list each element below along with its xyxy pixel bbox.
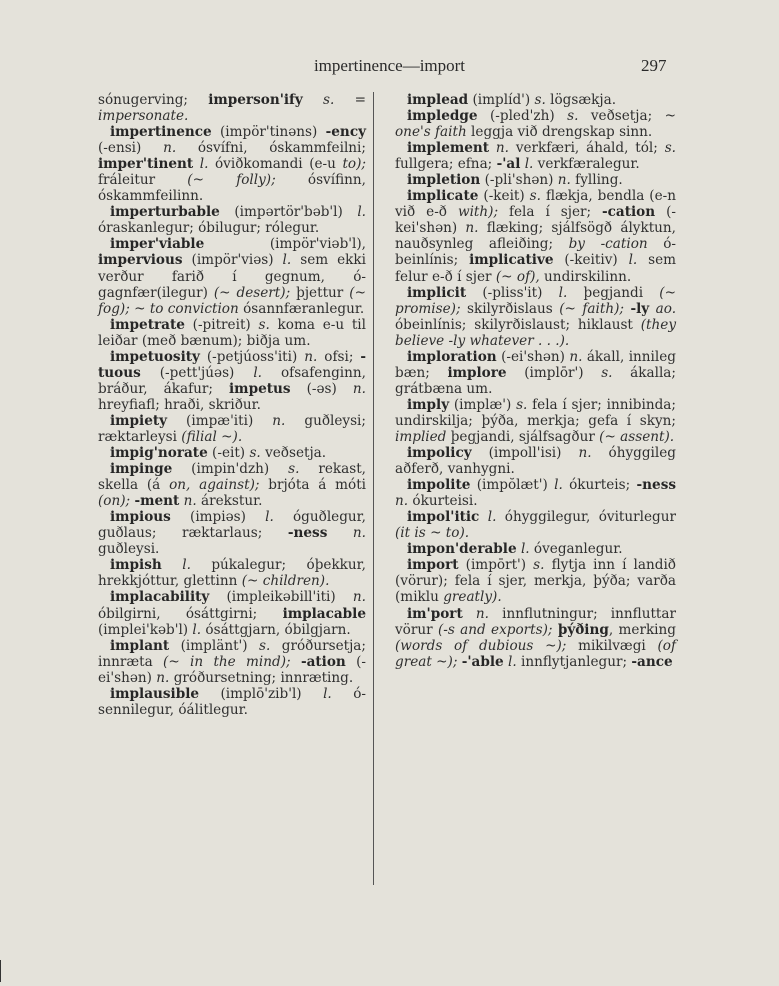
- italic-text: l.: [554, 477, 563, 493]
- italic-text: (~ faith);: [559, 301, 624, 317]
- definition-text: (impoll'isi): [472, 445, 579, 461]
- dictionary-entry: impetuosity (-petjúoss'iti) n. ofsi; -tu…: [98, 349, 366, 413]
- dictionary-entry: impletion (-pli'shən) n. fyll­ing.: [395, 172, 676, 188]
- headword: implicate: [407, 188, 478, 204]
- italic-text: l.: [283, 252, 292, 268]
- right-column: implead (implíd') s. lögsækja.impledge (…: [395, 92, 676, 670]
- italic-text: (it is ~ to).: [395, 525, 469, 541]
- definition-text: (-pett'júəs): [141, 365, 254, 381]
- headword: implausible: [110, 686, 199, 702]
- italic-text: (filial ~).: [181, 429, 242, 445]
- definition-text: (-pled'zh): [478, 108, 568, 124]
- italic-text: s.: [533, 557, 544, 573]
- definition-text: fullgera; efna;: [395, 156, 497, 172]
- definition-text: , merking: [609, 622, 676, 638]
- definition-text: verk­færalegur.: [533, 156, 639, 172]
- dictionary-entry: implicate (-keit) s. flækja, bendla (e-n…: [395, 188, 676, 284]
- dictionary-entry: impiety (impæ'iti) n. guð­leysi; ræktarl…: [98, 413, 366, 445]
- headword: -ance: [631, 654, 672, 670]
- column-divider: [373, 92, 374, 885]
- italic-text: (-s and exports);: [438, 622, 553, 638]
- definition-text: (impæ'iti): [167, 413, 272, 429]
- definition-text: [463, 606, 476, 622]
- definition-text: skilyrðislaus: [461, 301, 560, 317]
- italic-text: n.: [496, 140, 509, 156]
- definition-text: óbilgirni, ósáttgirni;: [98, 606, 283, 622]
- definition-text: (-pitreit): [185, 317, 259, 333]
- italic-text: l.: [253, 365, 262, 381]
- definition-text: [193, 156, 200, 172]
- definition-text: [479, 509, 487, 525]
- definition-text: þjettur: [290, 285, 349, 301]
- headword: import: [407, 557, 459, 573]
- definition-text: (implō'zib'l): [199, 686, 323, 702]
- italic-text: n.: [353, 525, 366, 541]
- headword: imperturbable: [110, 204, 220, 220]
- italic-text: to);: [342, 156, 366, 172]
- dictionary-entry: impious (impiəs) l. óguðlegur, guðlaus; …: [98, 509, 366, 557]
- italic-text: n.: [353, 589, 366, 605]
- definition-text: gróðursetn­ing; innræting.: [169, 670, 353, 686]
- definition-text: ósáttgjarn, óbilgjarn.: [201, 622, 351, 638]
- italic-text: (on);: [98, 493, 130, 509]
- headword: implacability: [110, 589, 209, 605]
- definition-text: (-pli'shən): [480, 172, 558, 188]
- dictionary-entry: impinge (impin'dzh) s. rekast, skella (á…: [98, 461, 366, 509]
- definition-text: (impiəs): [171, 509, 265, 525]
- definition-text: (impōrt'): [459, 557, 534, 573]
- definition-text: óbeinlínis; skil­yrðislaust; hiklaust: [395, 317, 641, 333]
- headword: implac­able: [283, 606, 366, 622]
- definition-text: leggja við drengskap sinn.: [467, 124, 653, 140]
- italic-text: on, against);: [169, 477, 259, 493]
- headword: -'able: [462, 654, 504, 670]
- headword: impledge: [407, 108, 478, 124]
- definition-text: (-petjúoss'iti): [200, 349, 304, 365]
- definition-text: mikilvægi: [566, 638, 657, 654]
- dictionary-entry: implausible (implō'zib'l) l. ó­sennilegu…: [98, 686, 366, 718]
- definition-text: [303, 92, 323, 108]
- italic-text: s.: [535, 92, 546, 108]
- definition-text: innflytjanlegur;: [517, 654, 632, 670]
- dictionary-entry: impertinence (impör'tinəns) -ency (-ensi…: [98, 124, 366, 204]
- headword: impig'norate: [110, 445, 208, 461]
- left-column: sónugerving; imperson'ify s. = impersona…: [98, 92, 366, 718]
- italic-text: greatly).: [443, 589, 501, 605]
- headword: impetus: [229, 381, 291, 397]
- italic-text: l.: [192, 622, 201, 638]
- definition-text: sónugerving;: [98, 92, 208, 108]
- italic-text: with);: [458, 204, 498, 220]
- italic-text: (words of dubi­ous ~);: [395, 638, 566, 654]
- headword: -ness: [288, 525, 327, 541]
- italic-text: implied: [395, 429, 446, 445]
- headword: impolite: [407, 477, 470, 493]
- definition-text: veð­setja;: [578, 108, 664, 124]
- italic-text: s.: [258, 317, 269, 333]
- headword: impish: [110, 557, 162, 573]
- definition-text: (implei'kəb'l): [98, 622, 192, 638]
- headword: impetrate: [110, 317, 185, 333]
- italic-text: by -cation: [569, 236, 648, 252]
- definition-text: fela í sjer;: [498, 204, 602, 220]
- definition-text: (impŏlæt'): [470, 477, 554, 493]
- headword: -ation: [301, 654, 346, 670]
- dictionary-entry: impig'norate (-eit) s. veðsetja.: [98, 445, 366, 461]
- definition-text: [327, 525, 353, 541]
- italic-text: s.: [601, 365, 612, 381]
- headword: implead: [407, 92, 468, 108]
- headword: imper'tinent: [98, 156, 193, 172]
- definition-text: ofsi;: [317, 349, 360, 365]
- definition-text: (impin'dzh): [172, 461, 288, 477]
- headword: imperson'ify: [208, 92, 303, 108]
- headword: þýðing: [558, 622, 609, 638]
- headword: -cation: [602, 204, 655, 220]
- definition-text: (-əs): [291, 381, 353, 397]
- definition-text: [291, 654, 301, 670]
- headword: -ency: [326, 124, 366, 140]
- definition-text: verkfæri, áhald, tól;: [509, 140, 665, 156]
- dictionary-entry: imperturbable (impərtör'bəb'l) l. óraska…: [98, 204, 366, 236]
- italic-text: s.: [249, 445, 260, 461]
- headword: impinge: [110, 461, 172, 477]
- dictionary-entry: impledge (-pled'zh) s. veð­setja; ~ one'…: [395, 108, 676, 140]
- italic-text: l.: [559, 285, 568, 301]
- italic-text: ao.: [656, 301, 676, 317]
- definition-text: (implänt'): [169, 638, 259, 654]
- italic-text: (~ assent).: [599, 429, 674, 445]
- headword: impol'itic: [407, 509, 479, 525]
- definition-text: (impör'viəs): [183, 252, 283, 268]
- definition-text: þegjandi, sjálfsagður: [446, 429, 599, 445]
- definition-text: ósvífni, óskamm­feilni;: [176, 140, 366, 156]
- definition-text: (implíd'): [468, 92, 534, 108]
- italic-text: s.: [259, 638, 270, 654]
- italic-text: (~ folly);: [187, 172, 275, 188]
- italic-text: n.: [476, 606, 489, 622]
- headword: impiety: [110, 413, 167, 429]
- definition-text: (-eit): [208, 445, 250, 461]
- italic-text: s.: [323, 92, 334, 108]
- italic-text: n.: [578, 445, 591, 461]
- headword: impon'derable: [407, 541, 517, 557]
- dictionary-entry: impetrate (-pitreit) s. koma e-u til lei…: [98, 317, 366, 349]
- headword: impletion: [407, 172, 480, 188]
- headword: impolicy: [407, 445, 472, 461]
- dictionary-entry: implacability (impleikəbill'iti) n. óbil…: [98, 589, 366, 637]
- definition-text: hreyfiafl; hraði, skriður.: [98, 397, 261, 413]
- headword: implicative: [469, 252, 553, 268]
- definition-text: (implōr'): [507, 365, 602, 381]
- italic-text: n.: [558, 172, 571, 188]
- dictionary-entry: sónugerving; imperson'ify s. = impersona…: [98, 92, 366, 124]
- italic-text: s.: [288, 461, 299, 477]
- definition-text: lögsækja.: [546, 92, 616, 108]
- italic-text: n.: [163, 140, 176, 156]
- headword: -'al: [497, 156, 521, 172]
- definition-text: óveganlegur.: [530, 541, 623, 557]
- definition-text: (-pliss'it): [466, 285, 559, 301]
- definition-text: ókurteisi.: [408, 493, 478, 509]
- dictionary-entry: implicit (-pliss'it) l. þegjandi (~ prom…: [395, 285, 676, 349]
- dictionary-entry: implant (implänt') s. gróður­setja; innr…: [98, 638, 366, 686]
- italic-text: n.: [465, 220, 478, 236]
- italic-text: (~ in the mind);: [163, 654, 291, 670]
- definition-text: (implæ'): [449, 397, 516, 413]
- headword: implore: [447, 365, 506, 381]
- definition-text: ókurteis;: [563, 477, 637, 493]
- headword: implant: [110, 638, 169, 654]
- headword: -ness: [637, 477, 676, 493]
- headword: imper'viable: [110, 236, 204, 252]
- definition-text: =: [334, 92, 366, 108]
- italic-text: n.: [304, 349, 317, 365]
- definition-text: óhyggilegur, óvit­urlegur: [496, 509, 676, 525]
- definition-text: (impleikəbill'iti): [209, 589, 353, 605]
- dictionary-entry: impolicy (impoll'isi) n. ó­hyggileg aðfe…: [395, 445, 676, 477]
- headword: -ment: [134, 493, 179, 509]
- dictionary-entry: impolite (impŏlæt') l. ókurteis; -ness n…: [395, 477, 676, 509]
- definition-text: (impör'tinəns): [212, 124, 326, 140]
- italic-text: l.: [265, 509, 274, 525]
- dictionary-entry: implement n. verkfæri, áhald, tól; s. fu…: [395, 140, 676, 172]
- definition-text: óviðkom­andi (e-u: [208, 156, 342, 172]
- page-edge-mark: [0, 960, 1, 982]
- italic-text: s.: [530, 188, 541, 204]
- page-number: 297: [641, 56, 667, 76]
- italic-text: (~ childr­en).: [242, 573, 330, 589]
- definition-text: (impərtör'bəb'l): [220, 204, 358, 220]
- dictionary-entry: impon'derable l. óveganlegur.: [395, 541, 676, 557]
- italic-text: s.: [516, 397, 527, 413]
- italic-text: impersonate.: [98, 108, 188, 124]
- headword: implement: [407, 140, 489, 156]
- dictionary-entry: imply (implæ') s. fela í sjer; innibinda…: [395, 397, 676, 445]
- dictionary-entry: im'port n. innflutningur; inn­fluttar vö…: [395, 606, 676, 670]
- definition-text: ósannfæranlegur.: [239, 301, 364, 317]
- italic-text: l.: [508, 654, 517, 670]
- dictionary-entry: implead (implíd') s. lögsækja.: [395, 92, 676, 108]
- headword: impious: [110, 509, 171, 525]
- italic-text: l.: [182, 557, 191, 573]
- definition-text: árekstur.: [197, 493, 263, 509]
- italic-text: (~ desert);: [214, 285, 290, 301]
- italic-text: s.: [567, 108, 578, 124]
- italic-text: (~ of),: [496, 269, 540, 285]
- definition-text: (-keitiv): [554, 252, 629, 268]
- definition-text: veðsetja.: [261, 445, 326, 461]
- definition-text: guðleysi.: [98, 541, 159, 557]
- italic-text: n.: [184, 493, 197, 509]
- dictionary-entry: impol'itic l. óhyggilegur, óvit­urlegur …: [395, 509, 676, 541]
- definition-text: [489, 140, 496, 156]
- headword: impertinence: [110, 124, 212, 140]
- italic-text: l.: [323, 686, 332, 702]
- definition-text: (-ensi): [98, 140, 163, 156]
- headword: implicit: [407, 285, 466, 301]
- definition-text: óraskanlegur; óbilugur; róleg­ur.: [98, 220, 319, 236]
- definition-text: (-ei'shən): [497, 349, 570, 365]
- headword: imploration: [407, 349, 497, 365]
- definition-text: (-keit): [478, 188, 529, 204]
- definition-text: fráleitur: [98, 172, 187, 188]
- italic-text: n.: [569, 349, 582, 365]
- definition-text: [162, 557, 182, 573]
- dictionary-entry: imper'viable (impör'viəb'l), impervious …: [98, 236, 366, 316]
- italic-text: l.: [629, 252, 638, 268]
- italic-text: n.: [272, 413, 285, 429]
- dictionary-entry: impish l. púkalegur; óþekkur, hrekkjóttu…: [98, 557, 366, 589]
- running-head: impertinence—import 297: [0, 56, 779, 82]
- headword: -ly: [630, 301, 649, 317]
- italic-text: n.: [156, 670, 169, 686]
- italic-text: l.: [357, 204, 366, 220]
- italic-text: s.: [665, 140, 676, 156]
- italic-text: n.: [353, 381, 366, 397]
- headword: impetuosity: [110, 349, 200, 365]
- headword: im'port: [407, 606, 463, 622]
- italic-text: n.: [395, 493, 408, 509]
- definition-text: þegjandi: [567, 285, 659, 301]
- italic-text: l.: [521, 541, 530, 557]
- headword: impervious: [98, 252, 183, 268]
- definition-text: fyll­ing.: [571, 172, 623, 188]
- dictionary-entry: import (impōrt') s. flytja inn í landið …: [395, 557, 676, 605]
- headword: imply: [407, 397, 449, 413]
- definition-text: und­irskilinn.: [540, 269, 631, 285]
- dictionary-entry: imploration (-ei'shən) n. ákall, innileg…: [395, 349, 676, 397]
- definition-text: brjóta á móti: [259, 477, 366, 493]
- definition-text: (impör'viəb'l),: [204, 236, 366, 252]
